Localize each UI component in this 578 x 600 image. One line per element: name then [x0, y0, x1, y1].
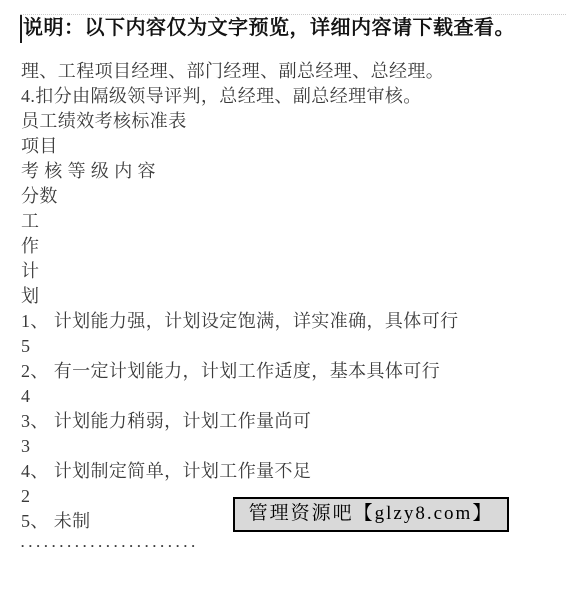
text-line: 作: [21, 234, 561, 259]
text-line: 5: [21, 334, 561, 359]
document-text-body: 理、工程项目经理、部门经理、副总经理、总经理。 4.扣分由隔级领导评判，总经理、…: [21, 59, 561, 559]
text-line: 员工绩效考核标准表: [21, 109, 561, 134]
text-line: 工: [21, 209, 561, 234]
text-line: 4、 计划制定简单，计划工作量不足: [21, 459, 561, 484]
text-line: 3: [21, 434, 561, 459]
text-line: 计: [21, 259, 561, 284]
text-line: 分数: [21, 184, 561, 209]
text-line: 4: [21, 384, 561, 409]
ellipsis-line: .......................: [21, 534, 561, 559]
text-line: 2、 有一定计划能力，计划工作适度，基本具体可行: [21, 359, 561, 384]
text-line: 理、工程项目经理、部门经理、副总经理、总经理。: [21, 59, 561, 84]
text-line: 1、 计划能力强，计划设定饱满，详实准确，具体可行: [21, 309, 561, 334]
preview-notice: 说明：以下内容仅为文字预览，详细内容请下载查看。: [23, 12, 515, 44]
text-line: 项目: [21, 134, 561, 159]
text-line: 4.扣分由隔级领导评判，总经理、副总经理审核。: [21, 84, 561, 109]
text-line: 3、 计划能力稍弱，计划工作量尚可: [21, 409, 561, 434]
document-preview-page: 说明：以下内容仅为文字预览，详细内容请下载查看。 理、工程项目经理、部门经理、副…: [0, 0, 578, 600]
watermark-badge: 管理资源吧【glzy8.com】: [233, 497, 509, 532]
text-line: 划: [21, 284, 561, 309]
text-line: 考 核 等 级 内 容: [21, 159, 561, 184]
text-cursor: [20, 15, 22, 43]
